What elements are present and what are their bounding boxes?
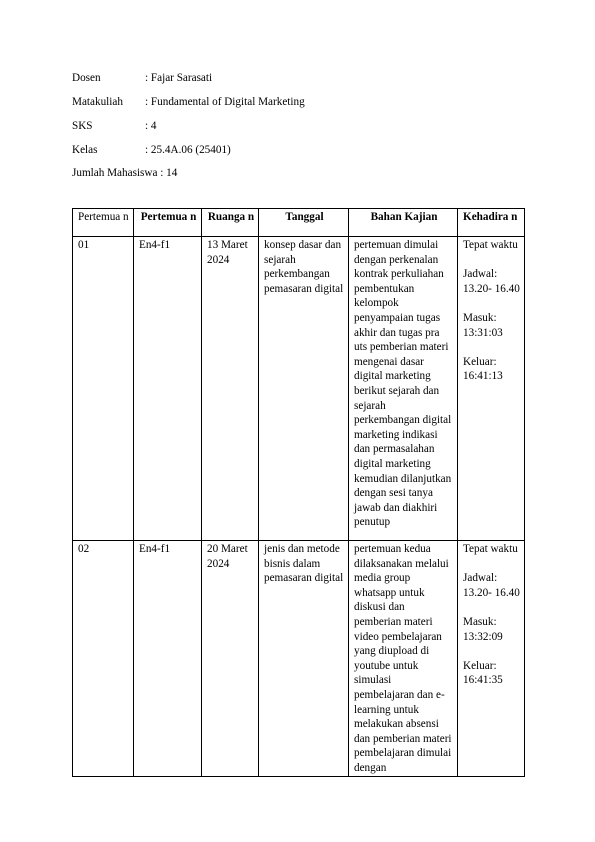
dosen-value: : Fajar Sarasati — [145, 72, 212, 84]
header-bahan-kajian: Bahan Kajian — [349, 209, 458, 237]
table-row: 02 En4-f1 20 Maret 2024 jenis dan metode… — [73, 541, 525, 777]
info-sks: SKS : 4 — [72, 120, 472, 134]
kelas-label: Kelas — [72, 144, 97, 156]
kehadiran-jadwal: Jadwal: 13.20- 16.40 — [463, 267, 521, 296]
header-kehadiran: Kehadira n — [458, 209, 525, 237]
info-matakuliah: Matakuliah : Fundamental of Digital Mark… — [72, 96, 472, 110]
jumlah-mahasiswa-text: Jumlah Mahasiswa : 14 — [72, 167, 177, 179]
cell-pertemuan: 02 — [73, 541, 134, 777]
kehadiran-status: Tepat waktu — [463, 542, 521, 557]
cell-topik: jenis dan metode bisnis dalam pemasaran … — [259, 541, 349, 777]
table-row: 01 En4-f1 13 Maret 2024 konsep dasar dan… — [73, 237, 525, 541]
kehadiran-masuk: Masuk: 13:31:03 — [463, 311, 521, 340]
cell-ruangan: En4-f1 — [134, 237, 202, 541]
info-dosen: Dosen : Fajar Sarasati — [72, 72, 472, 86]
cell-ruangan: En4-f1 — [134, 541, 202, 777]
info-kelas: Kelas : 25.4A.06 (25401) — [72, 144, 472, 158]
jumlah-label: Jumlah Mahasiswa — [72, 167, 157, 179]
kehadiran-masuk: Masuk: 13:32:09 — [463, 615, 521, 644]
header-pertemuan: Pertemua n — [73, 209, 134, 237]
header-ruangan: Ruanga n — [202, 209, 259, 237]
info-jumlah-mahasiswa: Jumlah Mahasiswa : 14 — [72, 167, 472, 181]
cell-kehadiran: Tepat waktu Jadwal: 13.20- 16.40 Masuk: … — [458, 541, 525, 777]
cell-tanggal: 13 Maret 2024 — [202, 237, 259, 541]
kehadiran-status: Tepat waktu — [463, 238, 521, 253]
attendance-table: Pertemua n Pertemua n Ruanga n Tanggal B… — [72, 208, 525, 777]
jumlah-value: : 14 — [157, 167, 177, 179]
table-header-row: Pertemua n Pertemua n Ruanga n Tanggal B… — [73, 209, 525, 237]
kehadiran-jadwal: Jadwal: 13.20- 16.40 — [463, 571, 521, 600]
sks-value: : 4 — [145, 120, 157, 132]
kehadiran-keluar: Keluar: 16:41:35 — [463, 659, 521, 688]
dosen-label: Dosen — [72, 72, 101, 84]
cell-kehadiran: Tepat waktu Jadwal: 13.20- 16.40 Masuk: … — [458, 237, 525, 541]
header-pertemuan-2: Pertemua n — [134, 209, 202, 237]
matakuliah-value: : Fundamental of Digital Marketing — [145, 96, 305, 108]
sks-label: SKS — [72, 120, 93, 132]
matakuliah-label: Matakuliah — [72, 96, 123, 108]
cell-topik: konsep dasar dan sejarah perkembangan pe… — [259, 237, 349, 541]
kelas-value: : 25.4A.06 (25401) — [145, 144, 231, 156]
cell-pertemuan: 01 — [73, 237, 134, 541]
cell-bahan-kajian: pertemuan dimulai dengan perkenalan kont… — [349, 237, 458, 541]
cell-tanggal: 20 Maret 2024 — [202, 541, 259, 777]
kehadiran-keluar: Keluar: 16:41:13 — [463, 355, 521, 384]
header-tanggal: Tanggal — [259, 209, 349, 237]
cell-bahan-kajian: pertemuan kedua dilaksanakan melalui med… — [349, 541, 458, 777]
